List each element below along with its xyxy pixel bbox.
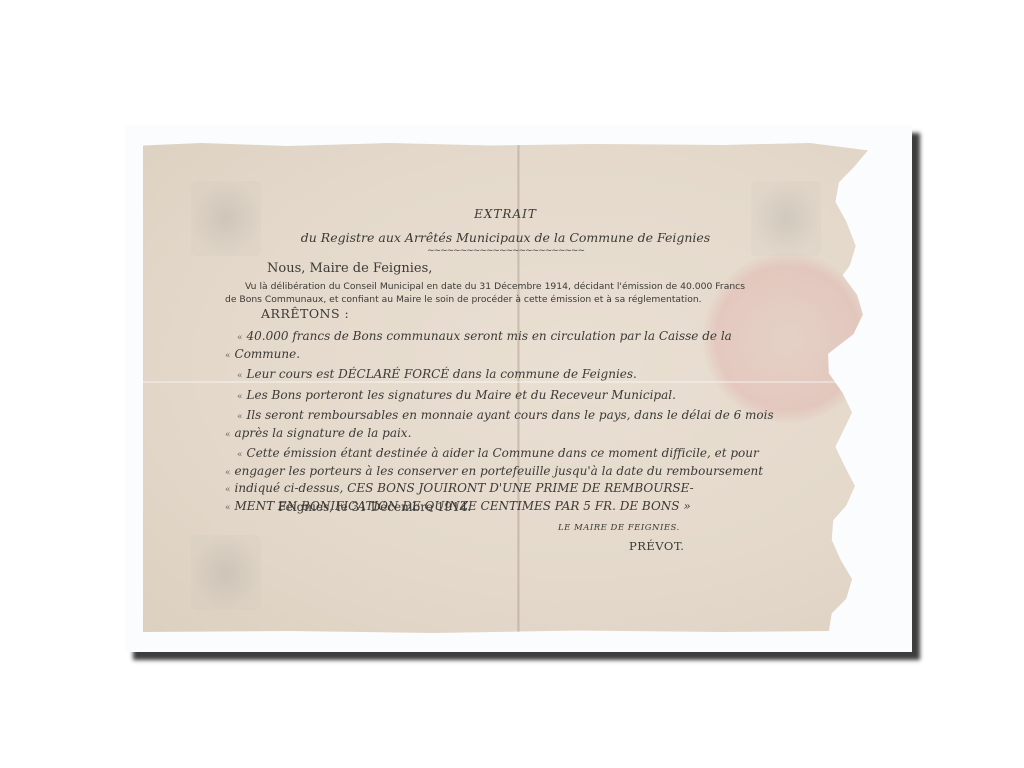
place-date: Feignies, le 31 Décembre 1914. <box>278 500 471 514</box>
signatory-title: LE MAIRE DE FEIGNIES. <box>558 523 680 533</box>
article-line: «engager les porteurs à les conserver en… <box>225 464 830 482</box>
article-line: «Les Bons porteront les signatures du Ma… <box>225 388 830 406</box>
salutation: Nous, Maire de Feignies, <box>267 261 432 276</box>
signatory-name: PRÉVOT. <box>629 539 684 553</box>
article-line: «40.000 francs de Bons communaux seront … <box>225 329 830 347</box>
article-line: «indiqué ci-dessus, CES BONS JOUIRONT D'… <box>225 481 830 499</box>
document-subtitle: du Registre aux Arrêtés Municipaux de la… <box>143 230 868 245</box>
article-line: «après la signature de la paix. <box>225 426 830 444</box>
article-line: «Leur cours est DÉCLARÉ FORCÉ dans la co… <box>225 367 830 385</box>
preamble: Vu là délibération du Conseil Municipal … <box>225 280 745 306</box>
decree-heading: ARRÊTONS : <box>261 306 349 321</box>
article-line: «Commune. <box>225 347 830 365</box>
banknote-reverse: EXTRAIT du Registre aux Arrêtés Municipa… <box>143 143 868 633</box>
document-title: EXTRAIT <box>143 207 868 221</box>
article-line: «Cette émission étant destinée à aider l… <box>225 446 830 464</box>
article-line: «Ils seront remboursables en monnaie aya… <box>225 408 830 426</box>
decree-articles: «40.000 francs de Bons communaux seront … <box>225 329 830 516</box>
separator-ornament: ~~~~~~~~~~~~~~~~~~~~~~~~ <box>143 246 868 256</box>
show-through-corner-mark <box>191 535 261 610</box>
